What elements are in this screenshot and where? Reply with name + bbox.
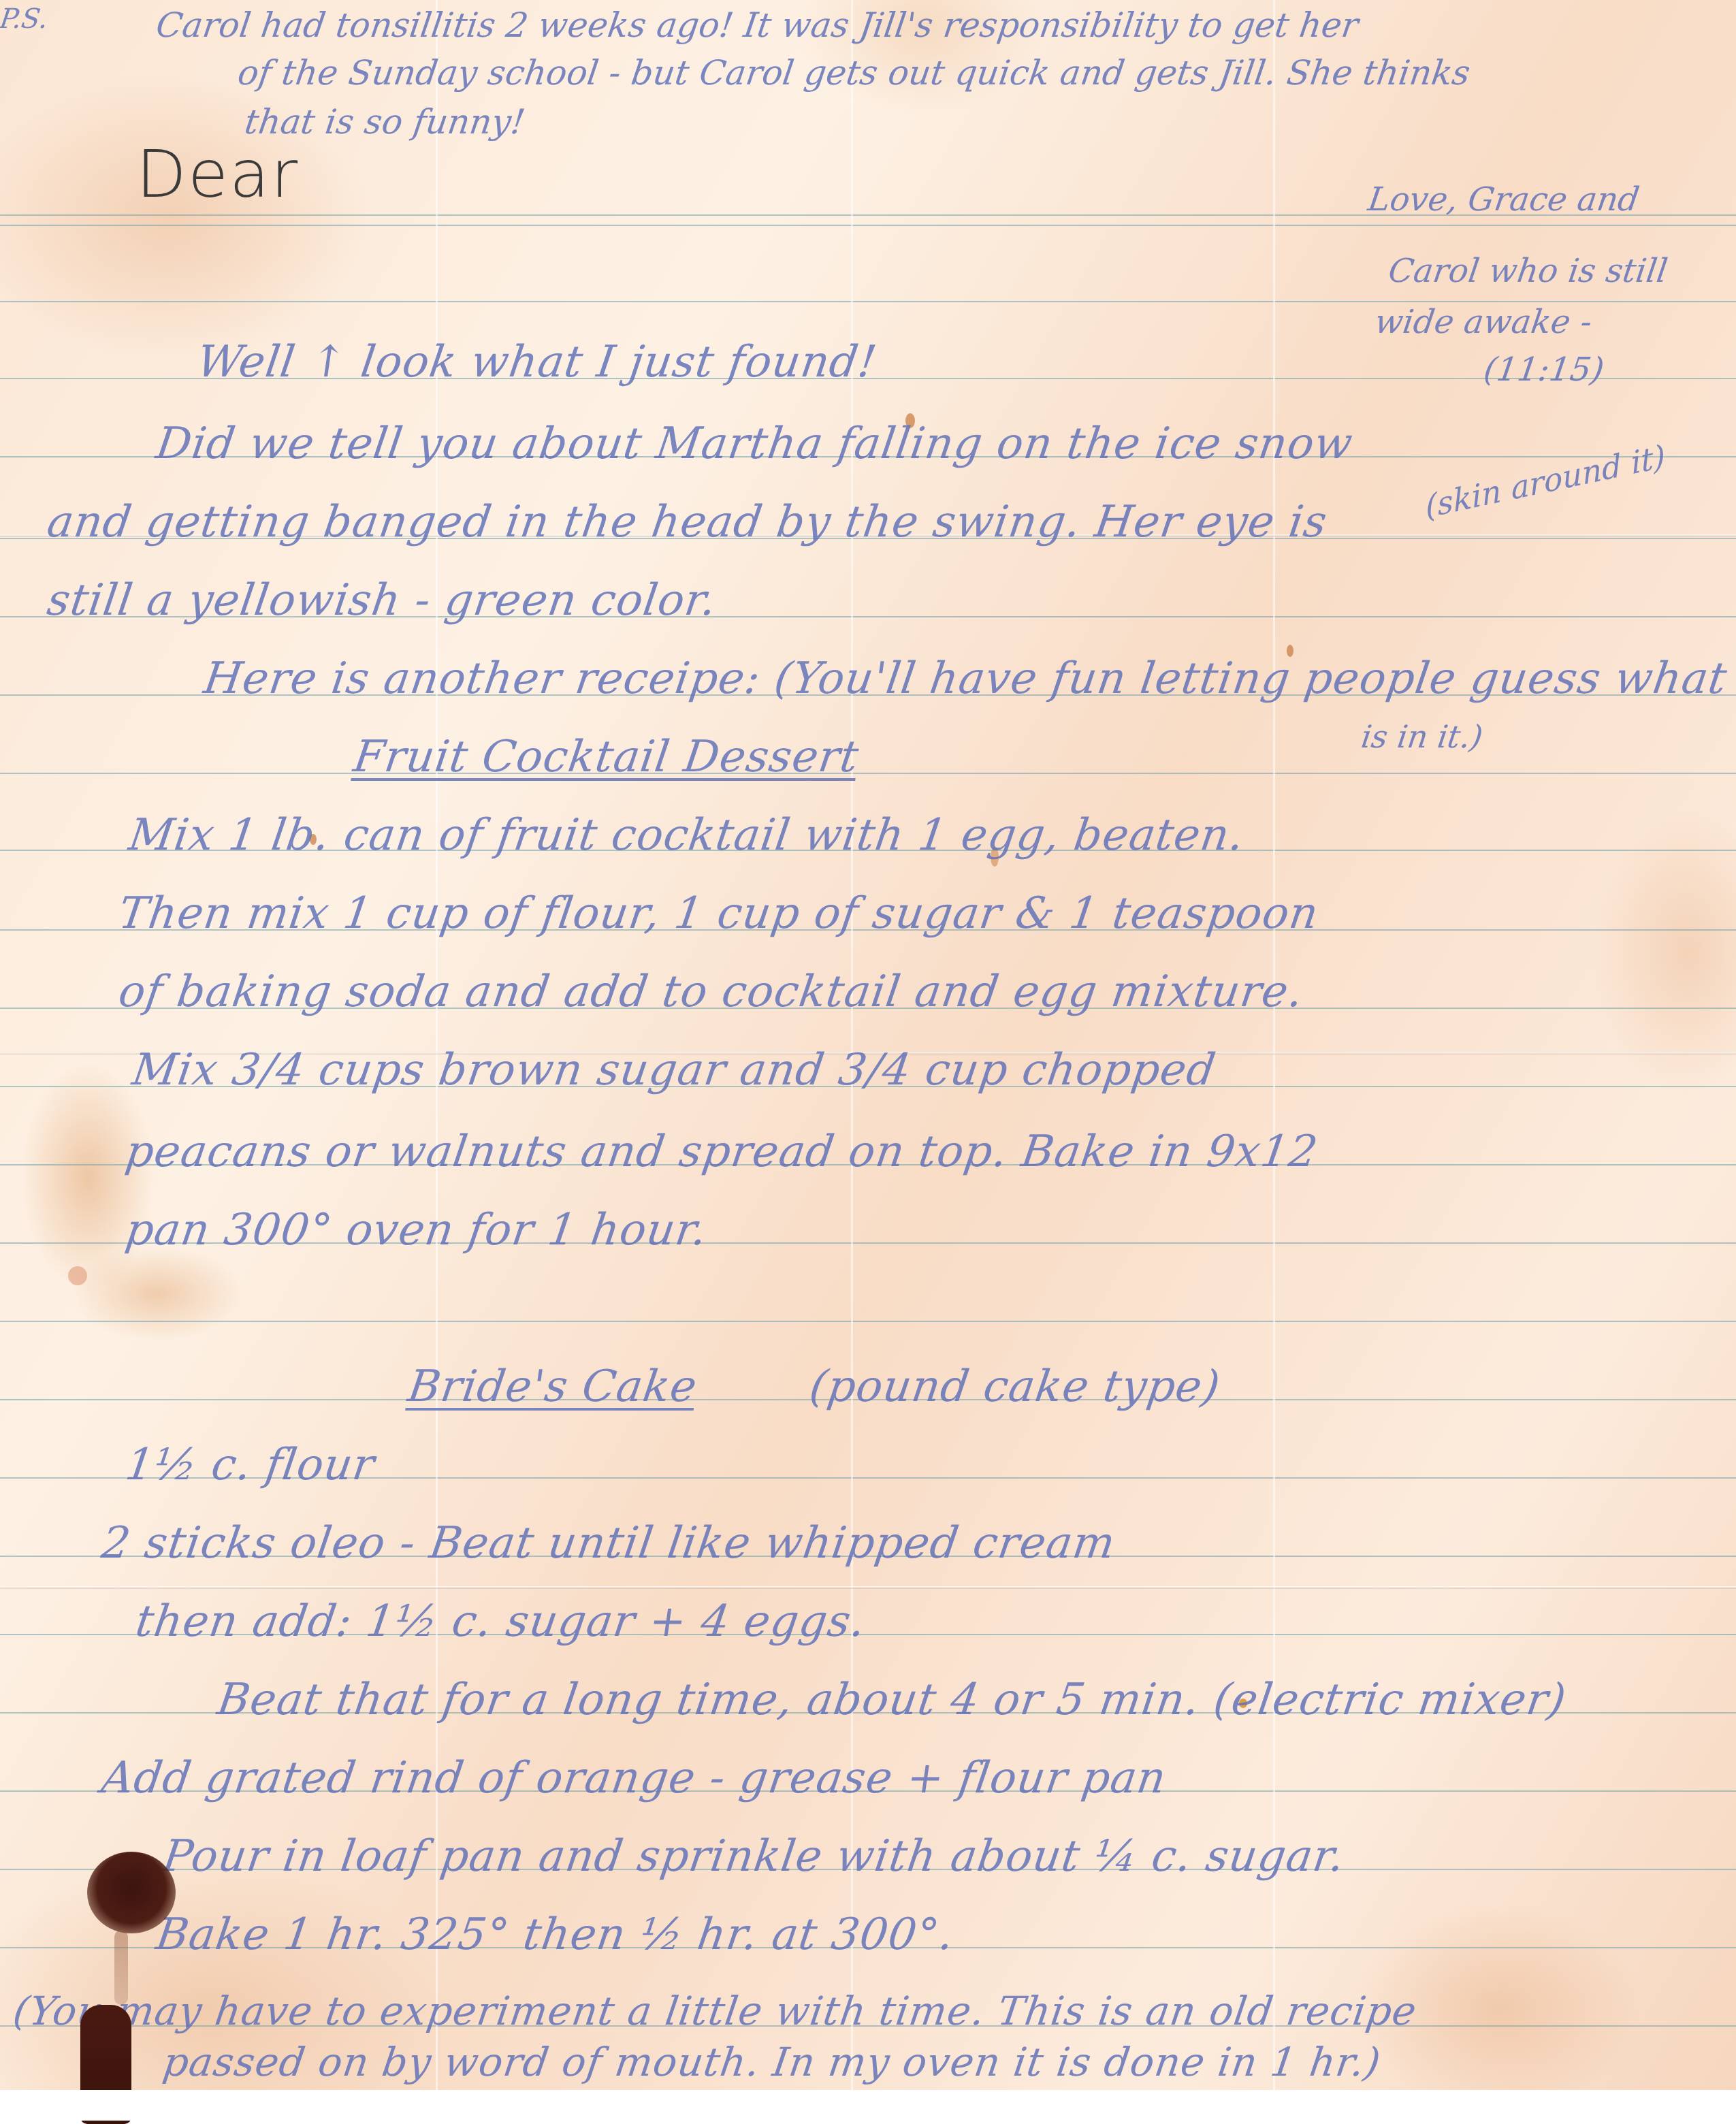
recipe-line: Mix 3/4 cups brown sugar and 3/4 cup cho… — [129, 1045, 1219, 1095]
ps-line: Carol had tonsillitis 2 weeks ago! It wa… — [154, 5, 1361, 45]
body-line: and getting banged in the head by the sw… — [44, 497, 1330, 547]
recipe-line: 1½ c. flour — [123, 1440, 379, 1490]
letter-paper: P.S. Carol had tonsillitis 2 weeks ago! … — [0, 0, 1736, 2090]
rust-spot — [68, 1266, 87, 1285]
body-line: Well ↑ look what I just found! — [194, 337, 880, 387]
ruled-line — [0, 1321, 1736, 1322]
signature-line: Love, Grace and — [1366, 180, 1641, 219]
recipe-line: then add: 1½ c. sugar + 4 eggs. — [133, 1596, 869, 1647]
ruled-line — [0, 773, 1736, 774]
recipe-line: pan 300° oven for 1 hour. — [123, 1205, 711, 1255]
recipe-line: 2 sticks oleo - Beat until like whipped … — [99, 1518, 1119, 1568]
recipe-title: Bride's Cake — [405, 1362, 701, 1412]
ink-blot-stain — [87, 1852, 176, 1933]
ps-line: of the Sunday school - but Carol gets ou… — [236, 53, 1473, 93]
signature-line: Carol who is still — [1386, 252, 1670, 290]
fold-crease — [0, 1586, 1736, 1589]
recipe-line: Mix 1 lb. can of fruit cocktail with 1 e… — [126, 810, 1248, 860]
fold-crease — [1273, 0, 1275, 2090]
signature-line: wide awake - — [1372, 303, 1594, 341]
body-line: is in it.) — [1359, 718, 1485, 755]
closing-note-line: passed on by word of mouth. In my oven i… — [160, 2039, 1384, 2085]
ruled-line — [0, 301, 1736, 302]
recipe-line: peacans or walnuts and spread on top. Ba… — [123, 1127, 1321, 1177]
ink-drip-stain — [114, 1930, 128, 2005]
recipe-subtitle: (pound cake type) — [807, 1362, 1223, 1412]
letter-heading-dear: Dear — [136, 136, 299, 212]
recipe-line: Bake 1 hr. 325° then ½ hr. at 300°. — [153, 1910, 958, 1960]
recipe-line: Then mix 1 cup of flour, 1 cup of sugar … — [116, 888, 1322, 939]
recipe-line: of baking soda and add to cocktail and e… — [116, 967, 1306, 1017]
recipe-line: Add grated rind of orange - grease + flo… — [99, 1753, 1170, 1803]
recipe-line: Pour in loaf pan and sprinkle with about… — [160, 1831, 1348, 1882]
closing-note-line: (You may have to experiment a little wit… — [10, 1988, 1419, 2034]
ruled-line — [0, 225, 1736, 226]
recipe-title: Fruit Cocktail Dessert — [351, 732, 862, 782]
body-aside: (skin around it) — [1424, 437, 1667, 525]
scan-margin — [0, 2090, 1736, 2121]
body-line: Here is another receipe: (You'll have fu… — [201, 654, 1731, 704]
ps-marker: P.S. — [0, 3, 50, 35]
body-line: Did we tell you about Martha falling on … — [153, 419, 1356, 469]
recipe-line: Beat that for a long time, about 4 or 5 … — [214, 1675, 1570, 1725]
signature-time: (11:15) — [1481, 351, 1607, 389]
body-line: still a yellowish - green color. — [44, 575, 720, 626]
